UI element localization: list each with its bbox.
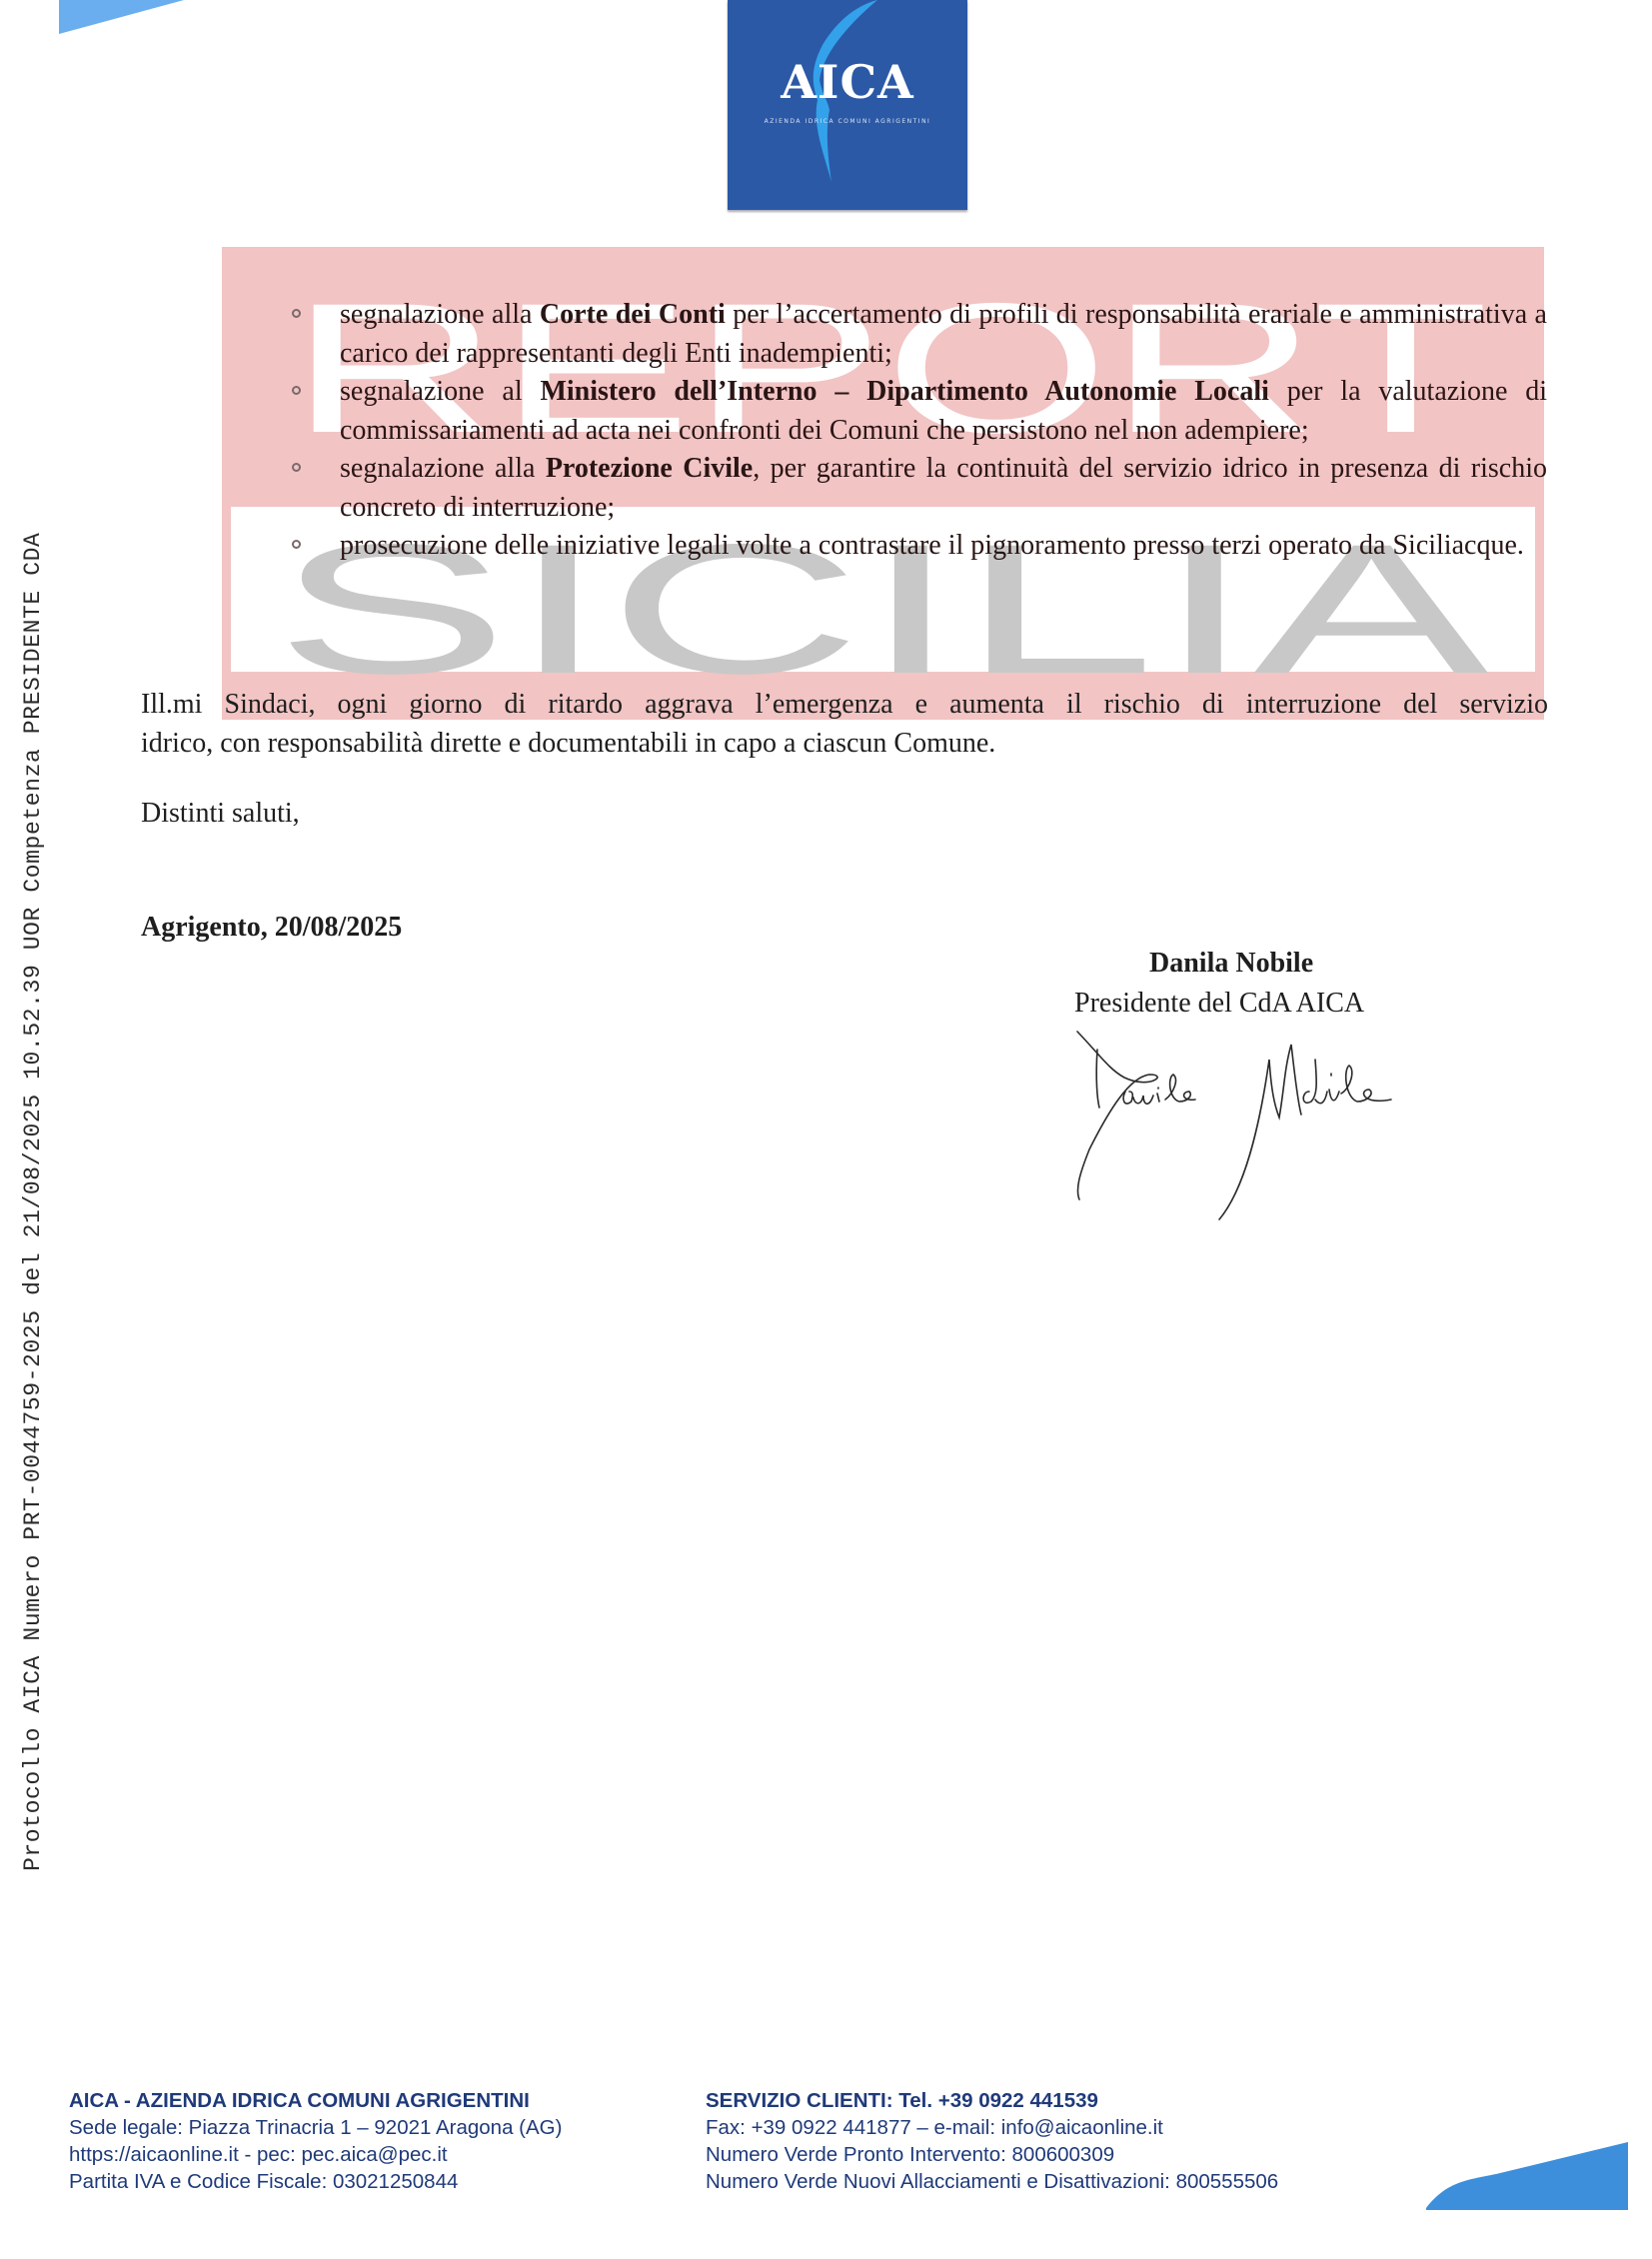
closing-paragraph: Ill.mi Sindaci, ogni giorno di ritardo a… [141, 686, 1548, 763]
footer-company-name: AICA - AZIENDA IDRICA COMUNI AGRIGENTINI [69, 2087, 562, 2114]
closing-line-2: idrico, con responsabilità dirette e doc… [141, 725, 1548, 764]
bold-entity: Protezione Civile [546, 453, 753, 484]
protocol-stamp: Protocollo AICA Numero PRT-0044759-2025 … [20, 533, 46, 1871]
footer-customer-service: SERVIZIO CLIENTI: Tel. +39 0922 441539 F… [706, 2087, 1278, 2195]
aica-logo: AICA AZIENDA IDRICA COMUNI AGRIGENTINI [728, 0, 967, 210]
signatory-name: Danila Nobile [1149, 948, 1313, 980]
footer-company-info: AICA - AZIENDA IDRICA COMUNI AGRIGENTINI… [69, 2087, 562, 2195]
place-date: Agrigento, 20/08/2025 [141, 912, 402, 944]
action-list: segnalazione alla Corte dei Conti per l’… [284, 296, 1547, 566]
closing-line-1: Ill.mi Sindaci, ogni giorno di ritardo a… [141, 686, 1548, 725]
signatory-role: Presidente del CdA AICA [1074, 988, 1364, 1020]
footer-vat: Partita IVA e Codice Fiscale: 0302125084… [69, 2168, 562, 2195]
footer-emergency-number: Numero Verde Pronto Intervento: 80060030… [706, 2141, 1278, 2168]
list-item: segnalazione alla Protezione Civile, per… [284, 450, 1547, 527]
footer-web-pec[interactable]: https://aicaonline.it - pec: pec.aica@pe… [69, 2141, 562, 2168]
footer-connections-number: Numero Verde Nuovi Allacciamenti e Disat… [706, 2168, 1278, 2195]
bullet-circle-icon [292, 463, 301, 472]
footer-fax-email[interactable]: Fax: +39 0922 441877 – e-mail: info@aica… [706, 2114, 1278, 2141]
corner-decoration-icon [59, 0, 184, 34]
bullet-circle-icon [292, 309, 301, 318]
logo-subtitle: AZIENDA IDRICA COMUNI AGRIGENTINI [728, 118, 967, 125]
bold-entity: Corte dei Conti [540, 299, 726, 330]
footer-phone: SERVIZIO CLIENTI: Tel. +39 0922 441539 [706, 2087, 1278, 2114]
bullet-circle-icon [292, 540, 301, 549]
bullet-circle-icon [292, 386, 301, 395]
list-item: segnalazione al Ministero dell’Interno –… [284, 373, 1547, 450]
list-item: prosecuzione delle iniziative legali vol… [284, 527, 1547, 566]
bold-entity: Ministero dell’Interno – Dipartimento Au… [540, 376, 1268, 407]
greeting: Distinti saluti, [141, 798, 300, 830]
corner-swoosh-icon [1426, 2142, 1628, 2210]
list-item: segnalazione alla Corte dei Conti per l’… [284, 296, 1547, 373]
footer-address: Sede legale: Piazza Trinacria 1 – 92021 … [69, 2114, 562, 2141]
logo-title: AICA [728, 55, 967, 109]
handwritten-signature-icon [1069, 1030, 1449, 1229]
